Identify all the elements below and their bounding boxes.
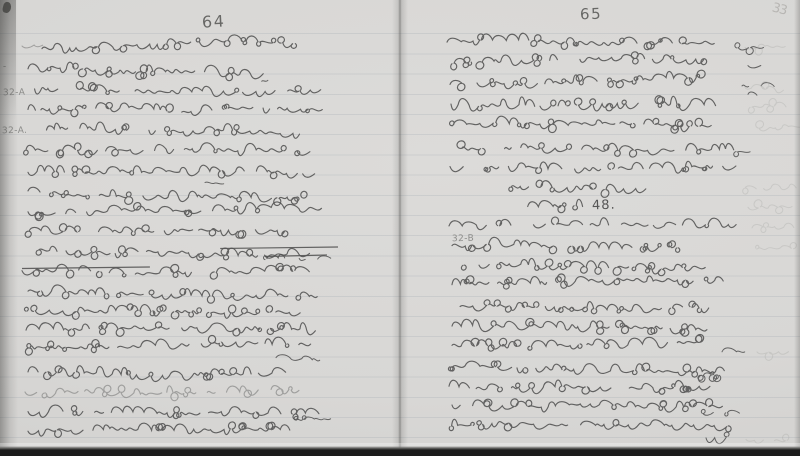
ghost-mark <box>757 337 795 367</box>
page-number-left: 64 <box>202 11 226 31</box>
ghost-mark <box>745 33 789 63</box>
photo-edge-bottom <box>0 443 800 456</box>
gutter-fold <box>392 0 408 456</box>
interlinear-note <box>700 360 744 390</box>
interlinear-note <box>205 168 218 198</box>
interlinear-note <box>276 342 320 372</box>
page-number-right: 65 <box>580 5 603 24</box>
corner-mark: 33 <box>770 0 788 18</box>
margin-note: 32-B <box>452 234 474 244</box>
interlinear-note <box>22 32 42 62</box>
interlinear-note <box>736 137 754 167</box>
notebook-photo: 64 -32-A32-A. 65 33 48. 32-B <box>0 0 800 456</box>
handwritten-line <box>28 416 324 446</box>
photo-edge-right <box>794 0 800 456</box>
interlinear-note <box>255 65 269 95</box>
interlinear-note <box>265 244 331 274</box>
photo-edge-left-top <box>0 0 16 120</box>
interlinear-note <box>295 404 335 434</box>
